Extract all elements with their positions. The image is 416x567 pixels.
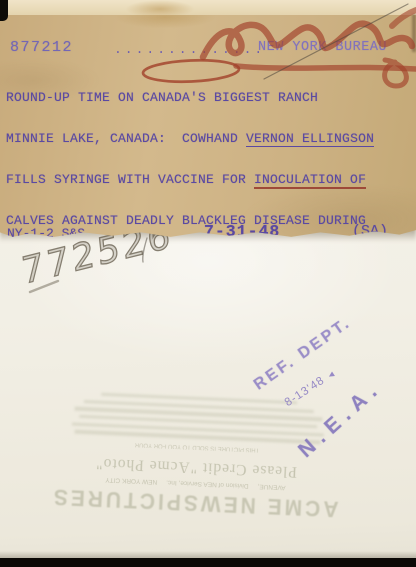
dotted-leader: .............. — [114, 42, 265, 57]
acme-stamp-fine-print: THIS PICTURE IS SOLD TO YOU FOR YOUR — [51, 391, 345, 458]
top-paper-edge — [0, 0, 416, 15]
caption-slip: 877212 .............. NEW YORK BUREAU RO… — [0, 12, 416, 238]
acme-credit-stamp: ACME NEWSPICTURES AVENUE, Division of NE… — [48, 332, 347, 521]
photo-number: 877212 — [10, 39, 73, 56]
bottom-black-edge — [0, 558, 416, 567]
caption-header: 877212 .............. NEW YORK BUREAU — [10, 39, 410, 57]
caption-line: ROUND-UP TIME ON CANADA'S BIGGEST RANCH — [6, 91, 414, 105]
bottom-edge-shadow — [0, 551, 416, 558]
caption-line: MINNIE LAKE, CANADA: COWHAND VERNON ELLI… — [6, 132, 414, 146]
acme-address-street: AVENUE, — [257, 483, 285, 491]
caption-segment: MINNIE LAKE, CANADA: COWHAND — [6, 131, 246, 146]
right-edge-smudge — [412, 14, 416, 52]
caption-line: FILLS SYRINGE WITH VACCINE FOR INOCULATI… — [6, 173, 414, 187]
acme-address-city: NEW YORK CITY — [105, 476, 157, 485]
caption-underlined-phrase: INOCULATION OF — [254, 172, 366, 190]
caption-segment: FILLS SYRINGE WITH VACCINE FOR — [6, 172, 254, 187]
bureau-stamp: NEW YORK BUREAU — [258, 40, 387, 55]
caption-underlined-name: VERNON ELLINGSON — [246, 131, 374, 148]
corner-dark-mark — [0, 0, 8, 21]
